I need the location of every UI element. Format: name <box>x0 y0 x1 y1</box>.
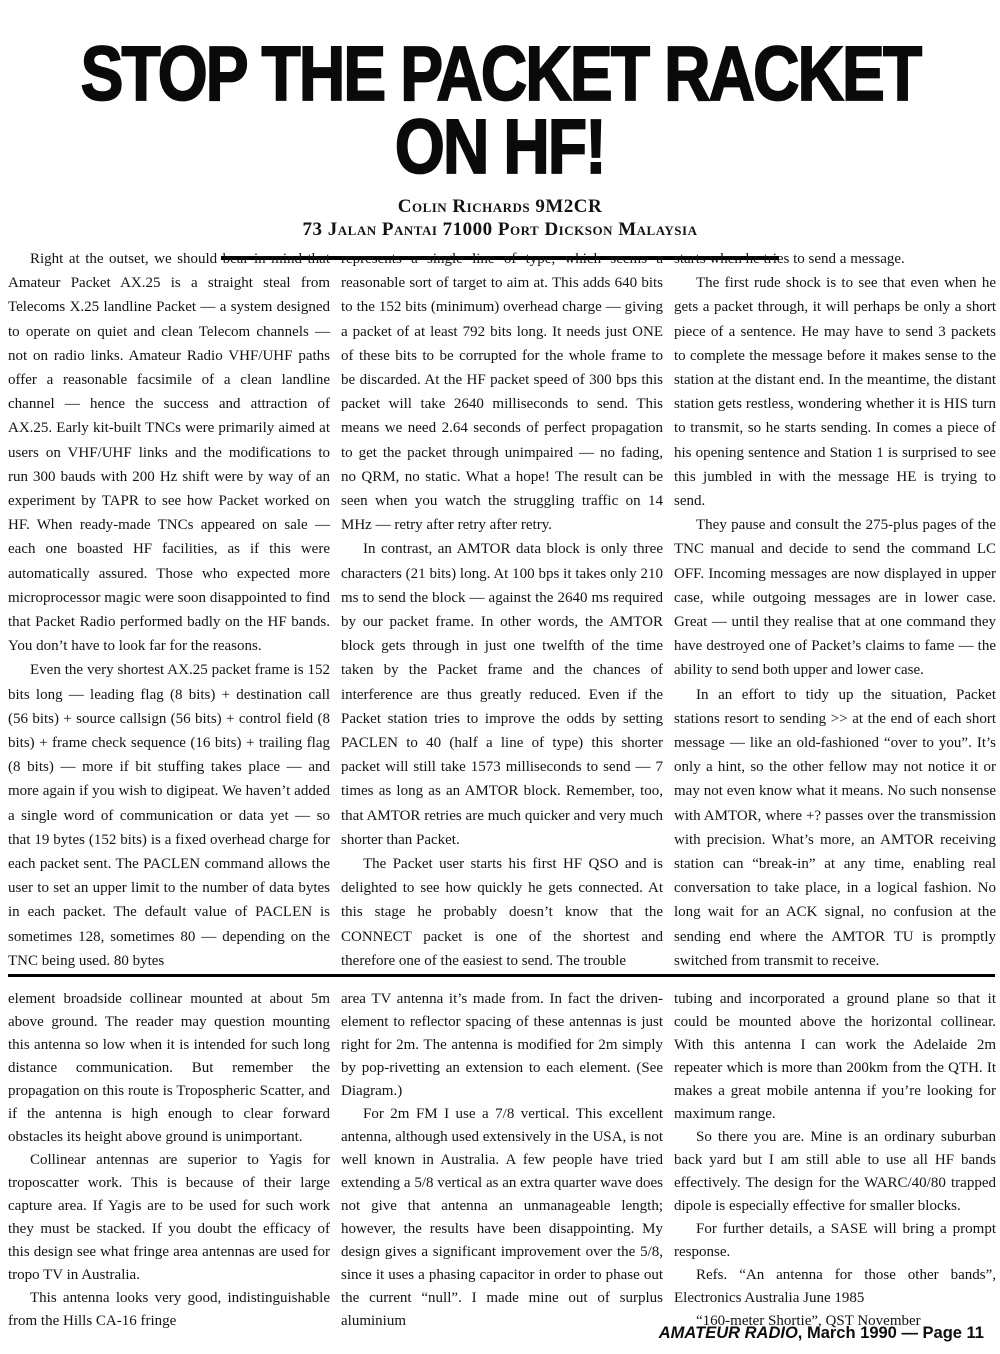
bottom-column-1: element broadside collinear mounted at a… <box>8 988 330 1334</box>
paragraph: For 2m FM I use a 7/8 vertical. This exc… <box>341 1103 663 1333</box>
bottom-column-2: area TV antenna it’s made from. In fact … <box>341 988 663 1334</box>
magazine-page: STOP THE PACKET RACKET ON HF! Colin Rich… <box>0 0 1000 1354</box>
footer-magazine-title: AMATEUR RADIO <box>659 1324 798 1342</box>
top-column-2: represents a single line of type, which … <box>341 247 663 974</box>
byline-address: 73 Jalan Pantai 71000 Port Dickson Malay… <box>0 219 1000 241</box>
section-divider-rule <box>8 974 995 977</box>
paragraph: tubing and incorporated a ground plane s… <box>674 988 996 1126</box>
paragraph: Collinear antennas are superior to Yagis… <box>8 1149 330 1287</box>
paragraph: starts when he tries to send a message. <box>674 247 996 271</box>
paragraph: represents a single line of type, which … <box>341 247 663 537</box>
footer-issue-page: , March 1990 — Page 11 <box>798 1324 984 1342</box>
paragraph: They pause and consult the 275-plus page… <box>674 513 996 682</box>
paragraph: The Packet user starts his first HF QSO … <box>341 852 663 973</box>
bottom-column-3: tubing and incorporated a ground plane s… <box>674 988 996 1334</box>
page-footer: AMATEUR RADIO, March 1990 — Page 11 <box>659 1324 984 1343</box>
paragraph: This antenna looks very good, indistingu… <box>8 1287 330 1333</box>
paragraph: area TV antenna it’s made from. In fact … <box>341 988 663 1103</box>
article-top: Right at the outset, we should bear in m… <box>8 247 996 974</box>
paragraph: The first rude shock is to see that even… <box>674 271 996 513</box>
paragraph: In an effort to tidy up the situation, P… <box>674 683 996 973</box>
top-column-3: starts when he tries to send a message. … <box>674 247 996 974</box>
page-title: STOP THE PACKET RACKET ON HF! <box>0 42 1000 178</box>
paragraph: For further details, a SASE will bring a… <box>674 1218 996 1264</box>
masthead: STOP THE PACKET RACKET ON HF! Colin Rich… <box>0 42 1000 260</box>
paragraph: In contrast, an AMTOR data block is only… <box>341 537 663 852</box>
byline-author: Colin Richards 9M2CR <box>0 196 1000 218</box>
paragraph: So there you are. Mine is an ordinary su… <box>674 1126 996 1218</box>
headline-line-2: ON HF! <box>395 111 605 182</box>
paragraph: Even the very shortest AX.25 packet fram… <box>8 658 330 973</box>
headline-line-1: STOP THE PACKET RACKET <box>80 38 920 109</box>
paragraph: Right at the outset, we should bear in m… <box>8 247 330 658</box>
paragraph: Refs. “An antenna for those other bands”… <box>674 1264 996 1310</box>
top-column-1: Right at the outset, we should bear in m… <box>8 247 330 974</box>
article-bottom: element broadside collinear mounted at a… <box>8 988 996 1334</box>
paragraph: element broadside collinear mounted at a… <box>8 988 330 1149</box>
